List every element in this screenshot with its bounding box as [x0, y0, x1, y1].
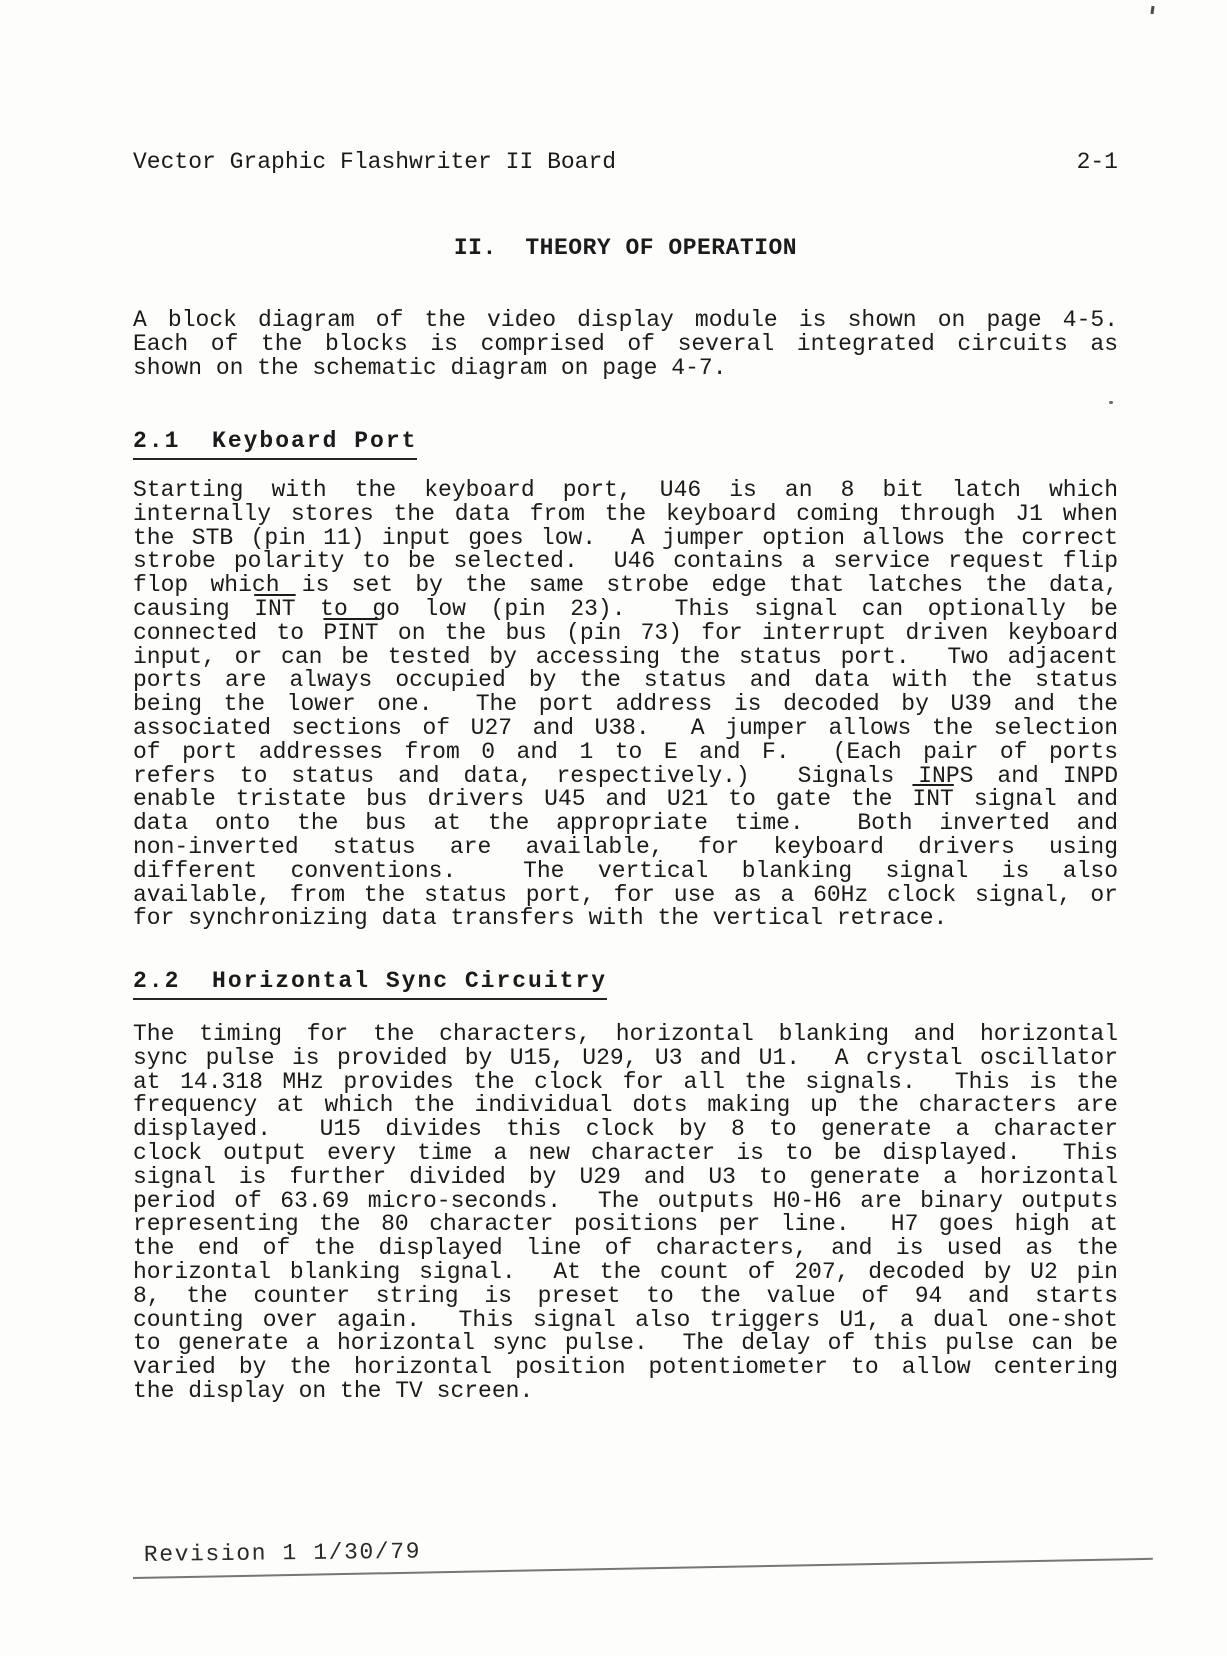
section-heading-horizontal-sync: 2.2 Horizontal Sync Circuitry [133, 969, 607, 1000]
text-line: Each of the blocks is comprised of sever… [133, 333, 1118, 357]
section-paragraph-horizontal-sync: The timing for the characters, horizonta… [133, 1023, 1118, 1404]
text-line: clock output every time a new character … [133, 1142, 1118, 1166]
overlined-signal: INT [254, 596, 295, 622]
text-run: the display on the TV screen. [133, 1378, 533, 1404]
text-line: the STB (pin 11) input goes low. A jumpe… [133, 527, 1118, 551]
text-run: period of 63.69 micro-seconds. The outpu… [133, 1188, 1118, 1214]
text-run: the STB (pin 11) input goes low. A jumpe… [133, 525, 1118, 551]
text-run: Each of the blocks is comprised of sever… [133, 331, 1118, 357]
text-line: counting over again. This signal also tr… [133, 1309, 1118, 1333]
text-line: connected to PINT on the bus (pin 73) fo… [133, 622, 1118, 646]
text-run: to generate a horizontal sync pulse. The… [133, 1330, 1118, 1356]
text-line: Starting with the keyboard port, U46 is … [133, 479, 1118, 503]
text-line: data onto the bus at the appropriate tim… [133, 812, 1118, 836]
text-run: Starting with the keyboard port, U46 is … [133, 477, 1118, 503]
text-line: ports are always occupied by the status … [133, 669, 1118, 693]
text-run: horizontal blanking signal. At the count… [133, 1259, 1118, 1285]
text-line: displayed. U15 divides this clock by 8 t… [133, 1118, 1118, 1142]
text-line: period of 63.69 micro-seconds. The outpu… [133, 1190, 1118, 1214]
document-title-header: Vector Graphic Flashwriter II Board [133, 150, 616, 174]
overlined-signal: INT [912, 786, 953, 812]
text-line: The timing for the characters, horizonta… [133, 1023, 1118, 1047]
page-number: 2-1 [1077, 150, 1118, 174]
text-run: 8, the counter string is preset to the v… [133, 1283, 1118, 1309]
text-run: associated sections of U27 and U38. A ju… [133, 715, 1118, 741]
text-line: at 14.318 MHz provides the clock for all… [133, 1071, 1118, 1095]
text-line: A block diagram of the video display mod… [133, 309, 1118, 333]
text-run: displayed. U15 divides this clock by 8 t… [133, 1116, 1118, 1142]
text-run: data onto the bus at the appropriate tim… [133, 810, 1118, 836]
chapter-title: II. THEORY OF OPERATION [133, 236, 1118, 261]
text-run: input, or can be tested by accessing the… [133, 644, 1118, 670]
overlined-signal: PINT [323, 620, 378, 646]
text-run: signal and [954, 786, 1118, 812]
text-run: to go low (pin 23). This signal can opti… [296, 596, 1118, 622]
page-header: Vector Graphic Flashwriter II Board 2-1 [133, 150, 1118, 174]
text-run: flop which is set by the same strobe edg… [133, 572, 1118, 598]
section-heading-keyboard-port: 2.1 Keyboard Port [133, 429, 417, 460]
text-run: ports are always occupied by the status … [133, 667, 1118, 693]
text-run: for synchronizing data transfers with th… [133, 905, 947, 931]
text-run: The timing for the characters, horizonta… [133, 1021, 1118, 1047]
text-run: at 14.318 MHz provides the clock for all… [133, 1069, 1118, 1095]
text-run: signal is further divided by U29 and U3 … [133, 1164, 1118, 1190]
text-line: sync pulse is provided by U15, U29, U3 a… [133, 1047, 1118, 1071]
text-line: varied by the horizontal position potent… [133, 1356, 1118, 1380]
text-line: of port addresses from 0 and 1 to E and … [133, 741, 1118, 765]
text-run: the end of the displayed line of charact… [133, 1235, 1118, 1261]
intro-paragraph: A block diagram of the video display mod… [133, 309, 1118, 380]
scan-speck-icon [1150, 6, 1154, 14]
text-line: different conventions. The vertical blan… [133, 860, 1118, 884]
text-line: flop which is set by the same strobe edg… [133, 574, 1118, 598]
text-line: refers to status and data, respectively.… [133, 765, 1118, 789]
text-run: refers to status and data, respectively.… [133, 763, 1118, 789]
text-run: internally stores the data from the keyb… [133, 501, 1118, 527]
scan-speck-icon [1109, 401, 1113, 404]
text-line: for synchronizing data transfers with th… [133, 907, 1118, 931]
text-line: shown on the schematic diagram on page 4… [133, 357, 1118, 381]
text-line: being the lower one. The port address is… [133, 693, 1118, 717]
revision-footer: Revision 1 1/30/79 [144, 1540, 422, 1568]
text-line: associated sections of U27 and U38. A ju… [133, 717, 1118, 741]
text-line: horizontal blanking signal. At the count… [133, 1261, 1118, 1285]
text-run: connected to [133, 620, 323, 646]
text-run: shown on the schematic diagram on page 4… [133, 355, 727, 381]
text-run: clock output every time a new character … [133, 1140, 1118, 1166]
text-line: the end of the displayed line of charact… [133, 1237, 1118, 1261]
text-line: the display on the TV screen. [133, 1380, 1118, 1404]
text-run: being the lower one. The port address is… [133, 691, 1118, 717]
text-run: enable tristate bus drivers U45 and U21 … [133, 786, 912, 812]
section-paragraph-keyboard-port: Starting with the keyboard port, U46 is … [133, 479, 1118, 931]
text-run: representing the 80 character positions … [133, 1211, 1118, 1237]
text-line: internally stores the data from the keyb… [133, 503, 1118, 527]
text-run: strobe polarity to be selected. U46 cont… [133, 548, 1118, 574]
text-line: representing the 80 character positions … [133, 1213, 1118, 1237]
text-line: enable tristate bus drivers U45 and U21 … [133, 788, 1118, 812]
text-run: different conventions. The vertical blan… [133, 858, 1118, 884]
text-line: input, or can be tested by accessing the… [133, 646, 1118, 670]
text-run: available, from the status port, for use… [133, 882, 1118, 908]
text-run: causing [133, 596, 254, 622]
text-line: frequency at which the individual dots m… [133, 1094, 1118, 1118]
text-line: to generate a horizontal sync pulse. The… [133, 1332, 1118, 1356]
text-line: available, from the status port, for use… [133, 884, 1118, 908]
text-run: frequency at which the individual dots m… [133, 1092, 1118, 1118]
text-run: varied by the horizontal position potent… [133, 1354, 1118, 1380]
text-run: non-inverted status are available, for k… [133, 834, 1118, 860]
text-run: on the bus (pin 73) for interrupt driven… [379, 620, 1118, 646]
text-line: strobe polarity to be selected. U46 cont… [133, 550, 1118, 574]
text-line: 8, the counter string is preset to the v… [133, 1285, 1118, 1309]
text-run: counting over again. This signal also tr… [133, 1307, 1118, 1333]
text-run: of port addresses from 0 and 1 to E and … [133, 739, 1118, 765]
text-run: A block diagram of the video display mod… [133, 307, 1118, 333]
text-line: signal is further divided by U29 and U3 … [133, 1166, 1118, 1190]
text-run: sync pulse is provided by U15, U29, U3 a… [133, 1045, 1118, 1071]
text-line: causing INT to go low (pin 23). This sig… [133, 598, 1118, 622]
scanned-manual-page: Vector Graphic Flashwriter II Board 2-1 … [0, 0, 1227, 1656]
text-line: non-inverted status are available, for k… [133, 836, 1118, 860]
